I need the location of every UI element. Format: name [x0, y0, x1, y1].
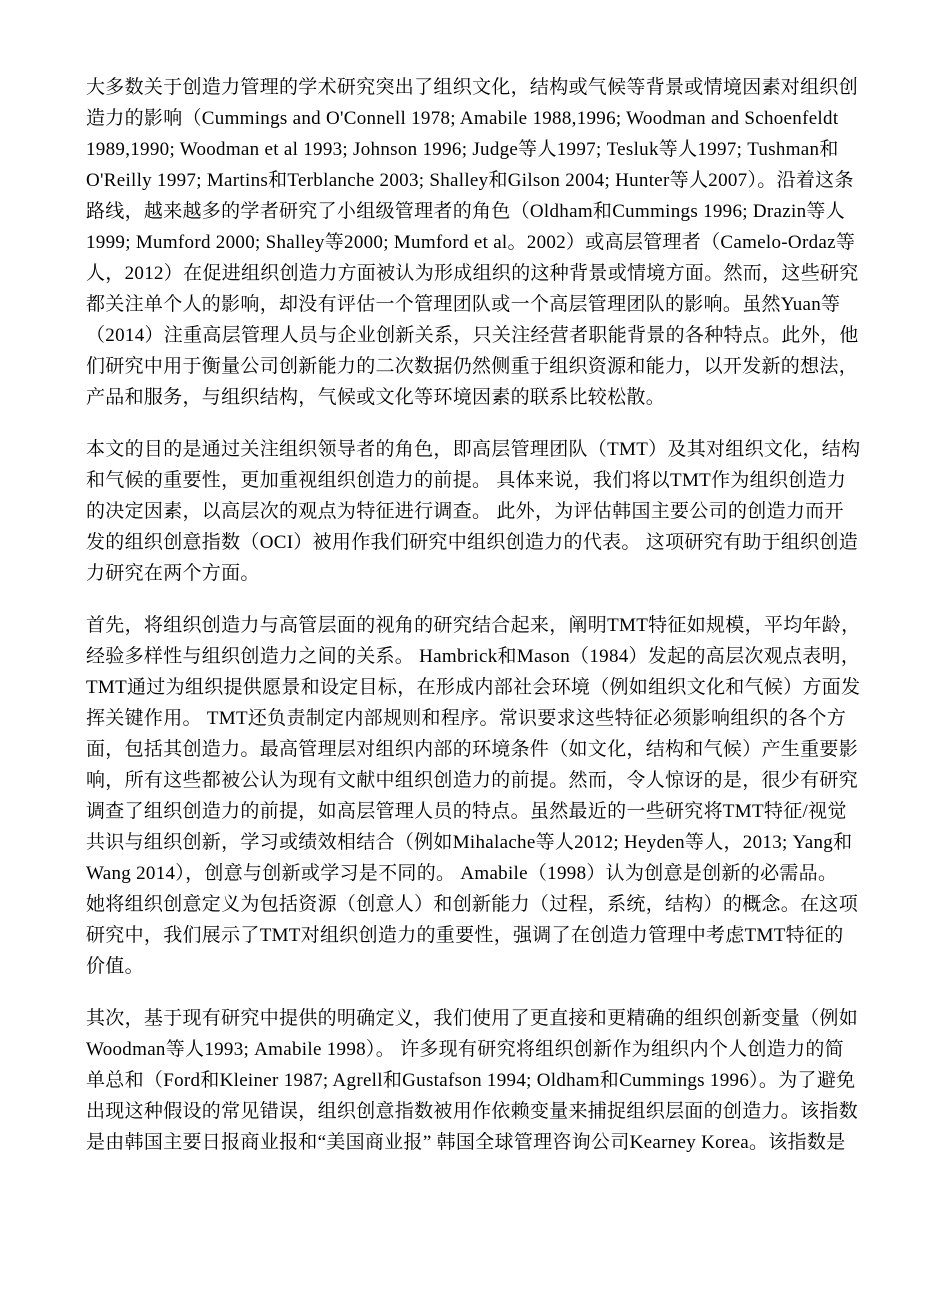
text-line: 的决定因素，以高层次的观点为特征进行调查。 此外，为评估韩国主要公司的创造力而开 [86, 496, 840, 527]
text-line: 造力的影响（Cummings and O'Connell 1978; Amabi… [86, 103, 840, 134]
text-line: 首先，将组织创造力与高管层面的视角的研究结合起来，阐明TMT特征如规模，平均年龄… [86, 610, 840, 641]
text-line: Woodman等人1993; Amabile 1998）。 许多现有研究将组织创… [86, 1034, 840, 1065]
text-line: 挥关键作用。 TMT还负责制定内部规则和程序。常识要求这些特征必须影响组织的各个… [86, 703, 840, 734]
paragraph-3: 首先，将组织创造力与高管层面的视角的研究结合起来，阐明TMT特征如规模，平均年龄… [86, 610, 840, 982]
text-line: 她将组织创意定义为包括资源（创意人）和创新能力（过程，系统，结构）的概念。在这项 [86, 889, 840, 920]
text-line: 单总和（Ford和Kleiner 1987; Agrell和Gustafson … [86, 1065, 840, 1096]
text-line: 路线，越来越多的学者研究了小组级管理者的角色（Oldham和Cummings 1… [86, 196, 840, 227]
paragraph-1: 大多数关于创造力管理的学术研究突出了组织文化，结构或气候等背景或情境因素对组织创… [86, 72, 840, 413]
paragraph-4: 其次，基于现有研究中提供的明确定义，我们使用了更直接和更精确的组织创新变量（例如… [86, 1003, 840, 1158]
text-line: 面，包括其创造力。最高管理层对组织内部的环境条件（如文化，结构和气候）产生重要影 [86, 734, 840, 765]
text-line: 出现这种假设的常见错误，组织创意指数被用作依赖变量来捕捉组织层面的创造力。该指数 [86, 1096, 840, 1127]
text-line: 价值。 [86, 951, 840, 982]
text-line: 力研究在两个方面。 [86, 558, 840, 589]
text-line: 人，2012）在促进组织创造力方面被认为形成组织的这种背景或情境方面。然而，这些… [86, 258, 840, 289]
text-line: 响，所有这些都被公认为现有文献中组织创造力的前提。然而，令人惊讶的是，很少有研究 [86, 765, 840, 796]
document-page: 大多数关于创造力管理的学术研究突出了组织文化，结构或气候等背景或情境因素对组织创… [0, 0, 925, 1309]
document-body: 大多数关于创造力管理的学术研究突出了组织文化，结构或气候等背景或情境因素对组织创… [86, 72, 840, 1179]
text-line: 经验多样性与组织创造力之间的关系。 Hambrick和Mason（1984）发起… [86, 641, 840, 672]
text-line: 调查了组织创造力的前提，如高层管理人员的特点。虽然最近的一些研究将TMT特征/视… [86, 796, 840, 827]
text-line: Wang 2014），创意与创新或学习是不同的。 Amabile（1998）认为… [86, 858, 840, 889]
text-line: 研究中，我们展示了TMT对组织创造力的重要性，强调了在创造力管理中考虑TMT特征… [86, 920, 840, 951]
text-line: 其次，基于现有研究中提供的明确定义，我们使用了更直接和更精确的组织创新变量（例如 [86, 1003, 840, 1034]
text-line: 们研究中用于衡量公司创新能力的二次数据仍然侧重于组织资源和能力，以开发新的想法， [86, 351, 840, 382]
text-line: O'Reilly 1997; Martins和Terblanche 2003; … [86, 165, 840, 196]
text-line: 和气候的重要性，更加重视组织创造力的前提。 具体来说，我们将以TMT作为组织创造… [86, 465, 840, 496]
text-line: 是由韩国主要日报商业报和“美国商业报” 韩国全球管理咨询公司Kearney Ko… [86, 1127, 840, 1158]
text-line: 发的组织创意指数（OCI）被用作我们研究中组织创造力的代表。 这项研究有助于组织… [86, 527, 840, 558]
text-line: TMT通过为组织提供愿景和设定目标，在形成内部社会环境（例如组织文化和气候）方面… [86, 672, 840, 703]
text-line: 产品和服务，与组织结构，气候或文化等环境因素的联系比较松散。 [86, 382, 840, 413]
text-line: 共识与组织创新，学习或绩效相结合（例如Mihalache等人2012; Heyd… [86, 827, 840, 858]
text-line: 1989,1990; Woodman et al 1993; Johnson 1… [86, 134, 840, 165]
text-line: 大多数关于创造力管理的学术研究突出了组织文化，结构或气候等背景或情境因素对组织创 [86, 72, 840, 103]
text-line: 本文的目的是通过关注组织领导者的角色，即高层管理团队（TMT）及其对组织文化，结… [86, 434, 840, 465]
text-line: 都关注单个人的影响，却没有评估一个管理团队或一个高层管理团队的影响。虽然Yuan… [86, 289, 840, 320]
text-line: （2014）注重高层管理人员与企业创新关系，只关注经营者职能背景的各种特点。此外… [86, 320, 840, 351]
paragraph-2: 本文的目的是通过关注组织领导者的角色，即高层管理团队（TMT）及其对组织文化，结… [86, 434, 840, 589]
text-line: 1999; Mumford 2000; Shalley等2000; Mumfor… [86, 227, 840, 258]
